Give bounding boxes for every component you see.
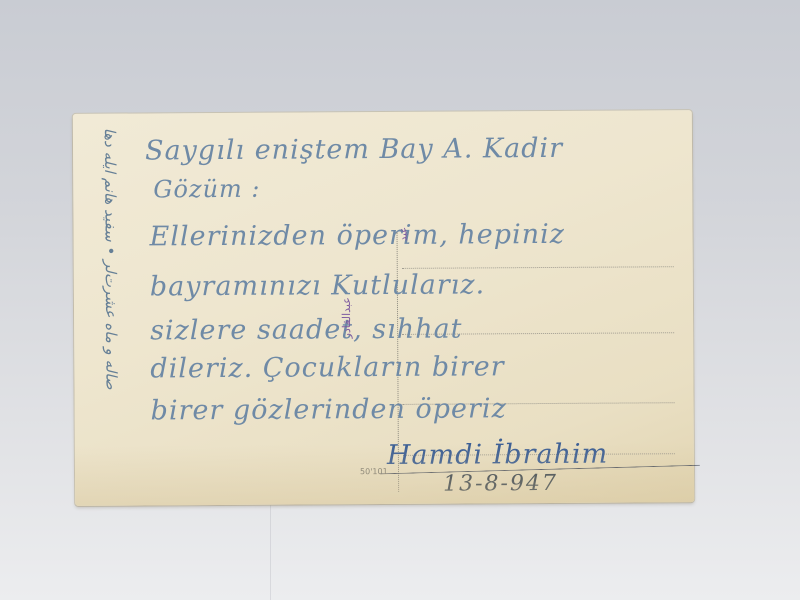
postcard: صاله و ماه عشرت‌لر • سفید هانم ایله دها … bbox=[73, 110, 694, 506]
body-line-3: sizlere saadet, sıhhat bbox=[150, 314, 463, 347]
body-line-1: Ellerinizden öperim, hepiniz bbox=[149, 219, 565, 253]
date: 13-8-947 bbox=[443, 471, 558, 497]
margin-note-ottoman-script: صاله و ماه عشرت‌لر • سفید هانم ایله دها bbox=[95, 128, 127, 448]
body-line-5: birer gözlerinden öperiz bbox=[151, 393, 507, 426]
table-seam bbox=[270, 505, 271, 600]
signature: Hamdi İbrahim bbox=[387, 439, 609, 471]
address-line-1 bbox=[402, 266, 674, 269]
salutation: Gözüm : bbox=[153, 175, 260, 204]
print-code: 50'101 bbox=[360, 467, 388, 476]
purple-ink-stamp-small: ﻋﺒﺪ bbox=[399, 227, 410, 241]
purple-ink-stamp: عبدالقادر bbox=[340, 297, 353, 338]
body-line-2: bayramınızı Kutlularız. bbox=[150, 269, 485, 302]
body-line-4: dileriz. Çocukların birer bbox=[150, 351, 504, 384]
greeting-line: Saygılı eniştem Bay A. Kadir bbox=[145, 133, 563, 167]
